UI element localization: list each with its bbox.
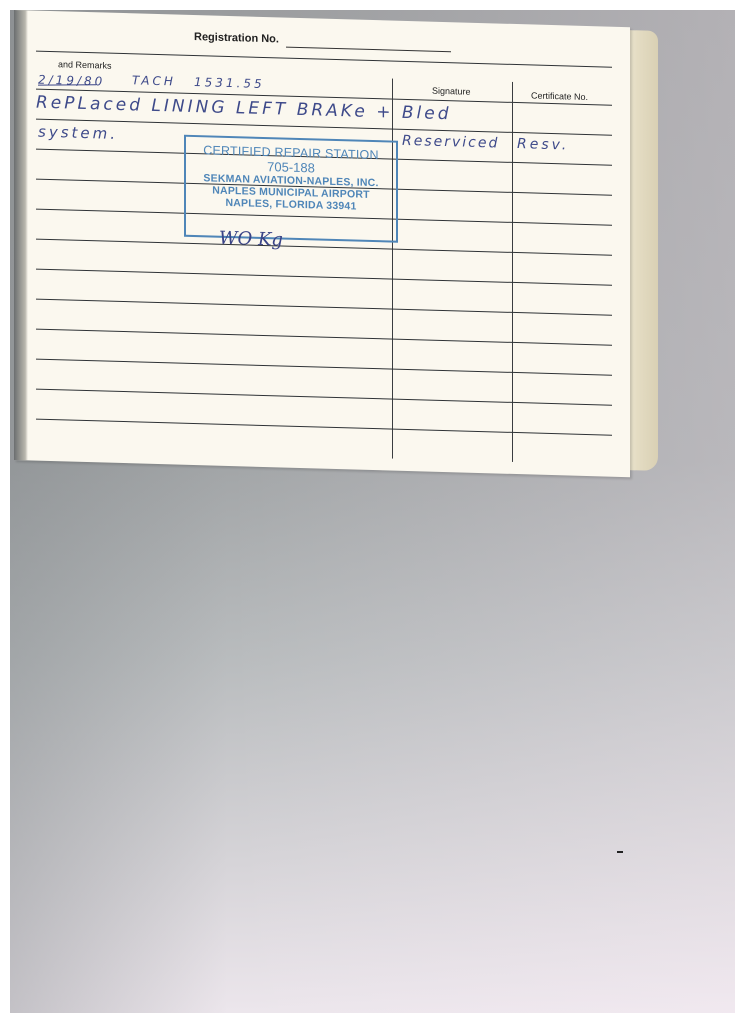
column-divider-certificate [512, 82, 513, 462]
certificate-entry: Resv. [517, 136, 569, 153]
column-divider-signature [392, 79, 393, 459]
registration-field [286, 47, 451, 53]
scan-speck [617, 851, 623, 853]
tach-label: TACH [132, 73, 176, 88]
tach-value: 1531.55 [194, 75, 265, 91]
row-rule [36, 419, 612, 436]
header-rule [36, 51, 612, 68]
row-rule [36, 119, 612, 136]
row-rule [36, 239, 612, 256]
row-rule [36, 299, 612, 316]
row-rule [36, 389, 612, 406]
signature-entry: Reserviced [402, 133, 499, 152]
remarks-column-header: and Remarks [58, 59, 112, 70]
certificate-column-header: Certificate No. [531, 90, 588, 102]
row-rule [36, 329, 612, 346]
logbook-page: Registration No. and Remarks Signature C… [14, 10, 630, 477]
repair-station-stamp: CERTIFIED REPAIR STATION 705-188 SEKMAN … [184, 135, 398, 243]
handwritten-signature: WO Kg [219, 228, 283, 251]
row-rule [36, 359, 612, 376]
row-rule [36, 269, 612, 286]
signature-column-header: Signature [432, 86, 471, 97]
remarks-line-2: system. [38, 123, 118, 143]
registration-label: Registration No. [194, 31, 279, 45]
entry-date: 2/19/80 [38, 73, 105, 89]
